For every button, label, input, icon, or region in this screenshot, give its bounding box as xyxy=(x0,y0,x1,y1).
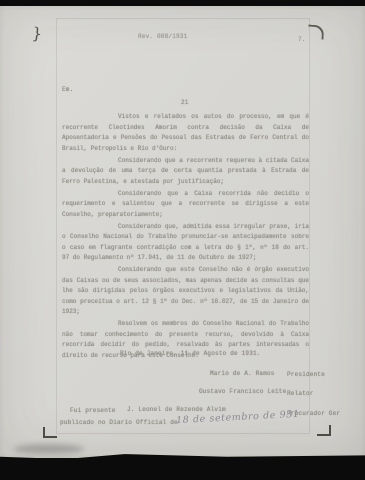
corner-mark-bottom-right-icon xyxy=(317,425,331,436)
signature-president-name: Mario de A. Ramos xyxy=(210,370,275,377)
decision-paragraph: Considerando que, admitida essa irregula… xyxy=(62,222,309,264)
decision-paragraph: Considerando que a Caixa recorrida não d… xyxy=(62,189,309,221)
decision-paragraph: Considerando que a recorrente requereu à… xyxy=(62,156,309,188)
corner-mark-bottom-left-icon xyxy=(43,427,57,438)
dateline: Rio de Janeiro, 11 de Agosto de 1931. xyxy=(120,350,261,357)
signature-president-role: Presidente xyxy=(287,371,325,378)
salutation: Em. xyxy=(62,86,73,93)
signature-procurador-name: J. Leonel de Rezende Alvim xyxy=(127,406,226,413)
document-number: 21 xyxy=(181,99,189,106)
signature-relator-role: Relator xyxy=(287,390,314,397)
publication-stamp-text: publicado no Diario Official de xyxy=(60,419,178,426)
header-reference: Rev. 088/1931 xyxy=(138,33,187,40)
scanned-document: } Rev. 088/1931 7. Em. 21 Vistos e relat… xyxy=(0,0,365,480)
scan-smudge xyxy=(14,444,84,454)
signature-procurador-prefix: Fui presente xyxy=(70,407,116,414)
decision-body: Vistos e relatados os autos do processo,… xyxy=(62,112,309,363)
decision-paragraph: Considerando que este Conselho não é órg… xyxy=(62,265,309,318)
header-page-number: 7. xyxy=(298,36,306,43)
decision-paragraph: Vistos e relatados os autos do processo,… xyxy=(62,112,309,154)
signature-relator-name: Gustavo Francisco Leite xyxy=(199,388,286,395)
